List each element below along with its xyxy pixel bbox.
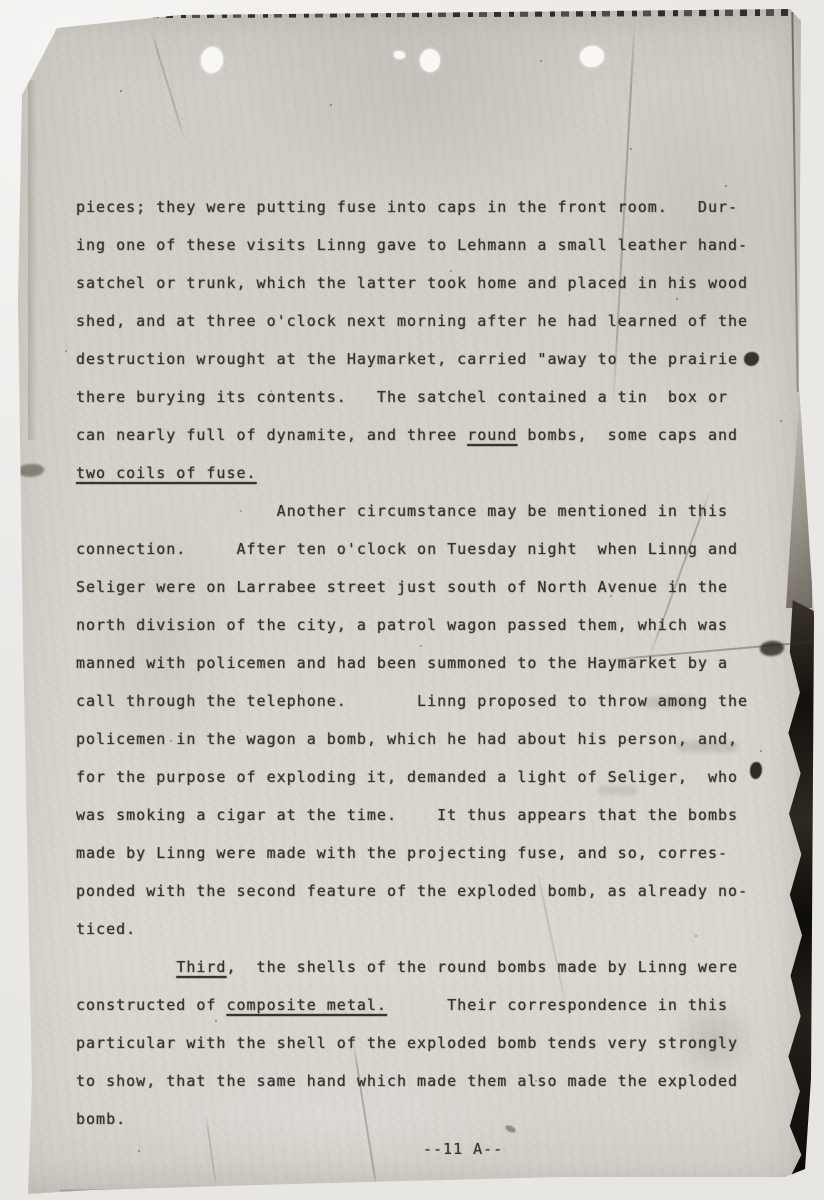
text-line: pieces; they were putting fuse into caps… [76,198,738,216]
text-line: satchel or trunk, which the latter took … [76,274,748,292]
text-line: constructed of composite metal. Their co… [76,996,728,1014]
text-line: bomb. [76,1110,126,1128]
text-line: Seliger were on Larrabee street just sou… [76,578,728,596]
text-line: ponded with the second feature of the ex… [76,882,748,900]
text-line: call through the telephone. Linng propos… [76,692,748,710]
text-line: destruction wrought at the Haymarket, ca… [76,350,738,368]
text-line: can nearly full of dynamite, and three r… [76,426,738,444]
text-line: there burying its contents. The satchel … [76,388,728,406]
text-line: Another circumstance may be mentioned in… [76,502,728,520]
text-line: for the purpose of exploding it, demande… [76,768,738,786]
text-line: policemen in the wagon a bomb, which he … [76,730,738,748]
text-line: north division of the city, a patrol wag… [76,616,728,634]
text-line: two coils of fuse. [76,464,257,482]
text-line: shed, and at three o'clock next morning … [76,312,748,330]
scan-background: pieces; they were putting fuse into caps… [0,0,824,1200]
text-line: connection. After ten o'clock on Tuesday… [76,540,738,558]
text-line: Third, the shells of the round bombs mad… [76,958,738,976]
text-line: particular with the shell of the explode… [76,1034,738,1052]
typewritten-text: pieces; they were putting fuse into caps… [0,0,824,1200]
text-line: manned with policemen and had been summo… [76,654,728,672]
text-line: ticed. [76,920,136,938]
text-line: was smoking a cigar at the time. It thus… [76,806,738,824]
page-number: --11 A-- [423,1140,503,1158]
text-line: ing one of these visits Linng gave to Le… [76,236,748,254]
text-line: made by Linng were made with the project… [76,844,728,862]
text-line: to show, that the same hand which made t… [76,1072,738,1090]
document-page: pieces; they were putting fuse into caps… [0,0,824,1200]
